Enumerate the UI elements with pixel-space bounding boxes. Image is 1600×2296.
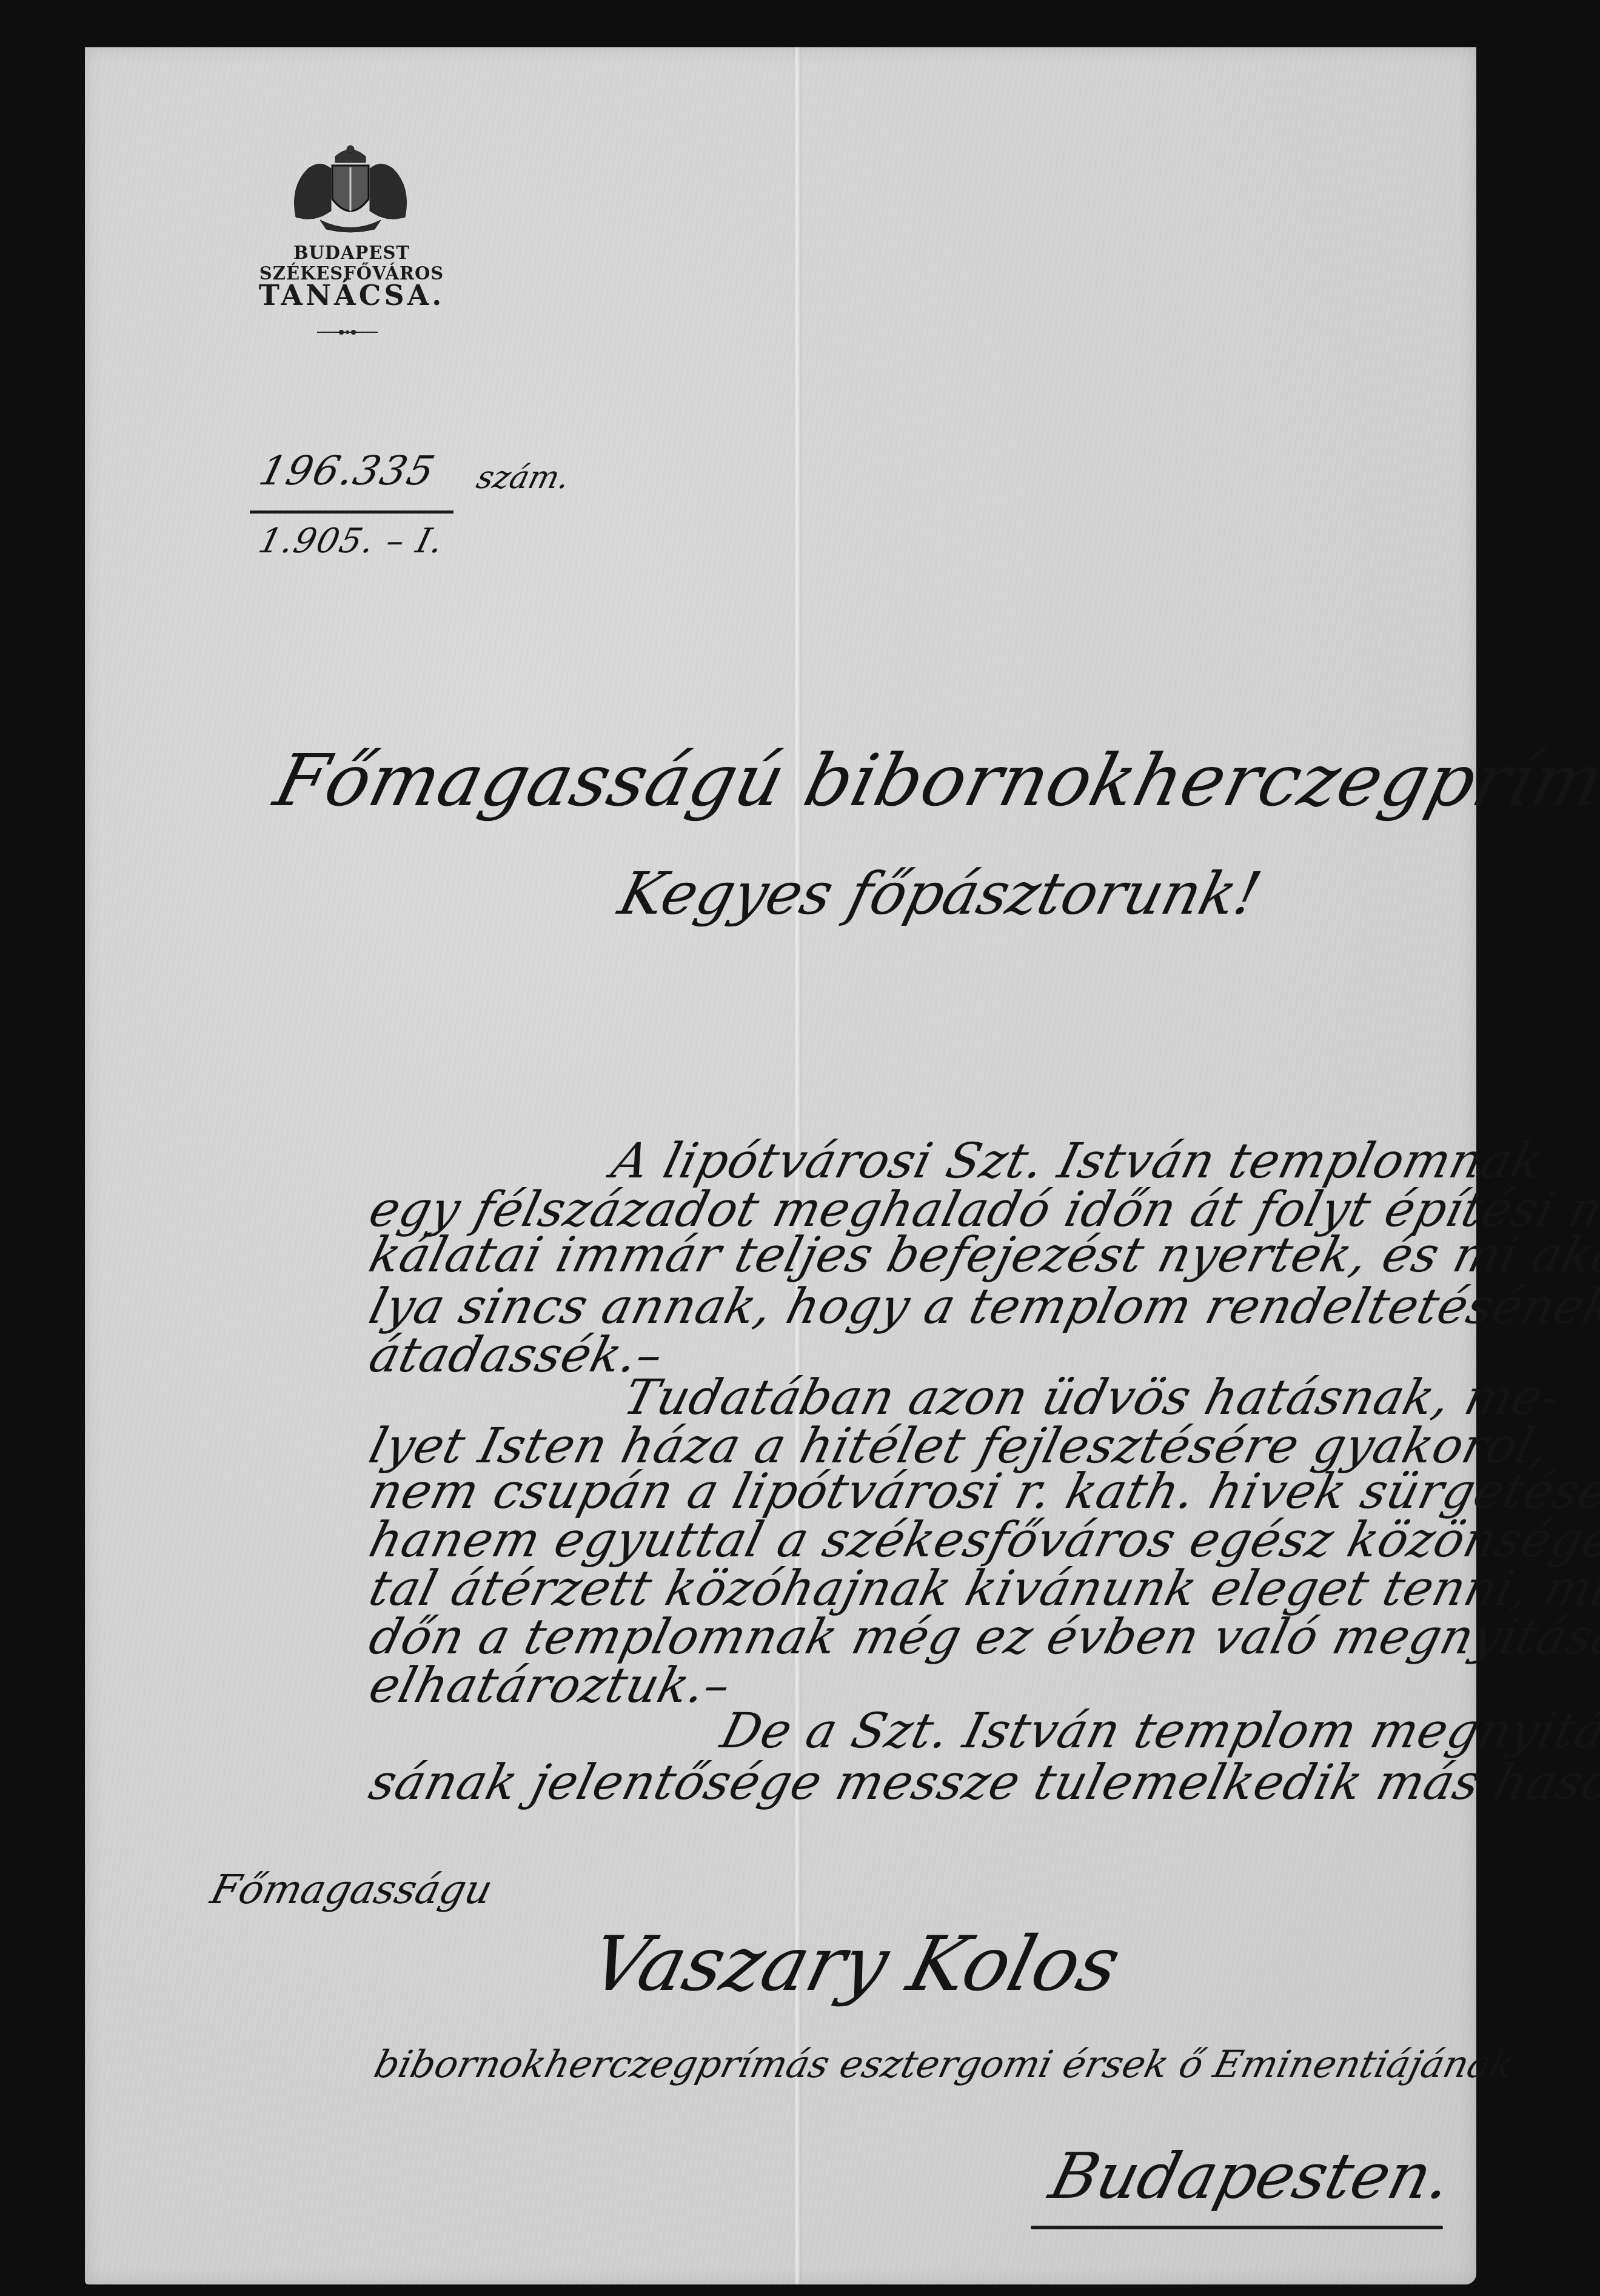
letterhead-city: BUDAPEST SZÉKESFŐVÁROS — [200, 243, 503, 284]
letter-page: BUDAPEST SZÉKESFŐVÁROS TANÁCSA. 196.335 … — [85, 47, 1476, 2284]
addressee-rank: bibornokherczegprímás esztergomi érsek ő… — [370, 2042, 1519, 2086]
place-underline — [1031, 2226, 1443, 2229]
letterhead-council: TANÁCSA. — [200, 279, 503, 312]
reference-label: szám. — [473, 460, 574, 496]
body-line: elhatároztuk.– — [364, 1657, 737, 1713]
body-line: átadassék.– — [364, 1327, 669, 1383]
body-line: De a Szt. István templom megnyitá- — [715, 1702, 1600, 1759]
reference-year: 1.905. – I. — [255, 521, 449, 561]
addressee-name: Vaszary Kolos — [582, 1921, 1129, 2008]
salutation-title: Főmagasságú bibornokherczegprímás úr! — [267, 738, 1600, 822]
body-line: kálatai immár teljes befejezést nyertek,… — [364, 1227, 1600, 1283]
closing-honorific: Főmagasságu — [206, 1866, 497, 1913]
ornament-divider-icon — [317, 329, 378, 336]
body-line: sának jelentősége messze tulemelkedik má… — [364, 1754, 1600, 1810]
addressee-place: Budapesten. — [1043, 2139, 1459, 2213]
coat-of-arms-icon — [284, 138, 417, 235]
reference-number: 196.335 — [255, 447, 440, 494]
bleed-through-text — [828, 344, 1314, 392]
reference-underline — [250, 510, 454, 514]
salutation-address: Kegyes főpásztorunk! — [612, 860, 1268, 928]
